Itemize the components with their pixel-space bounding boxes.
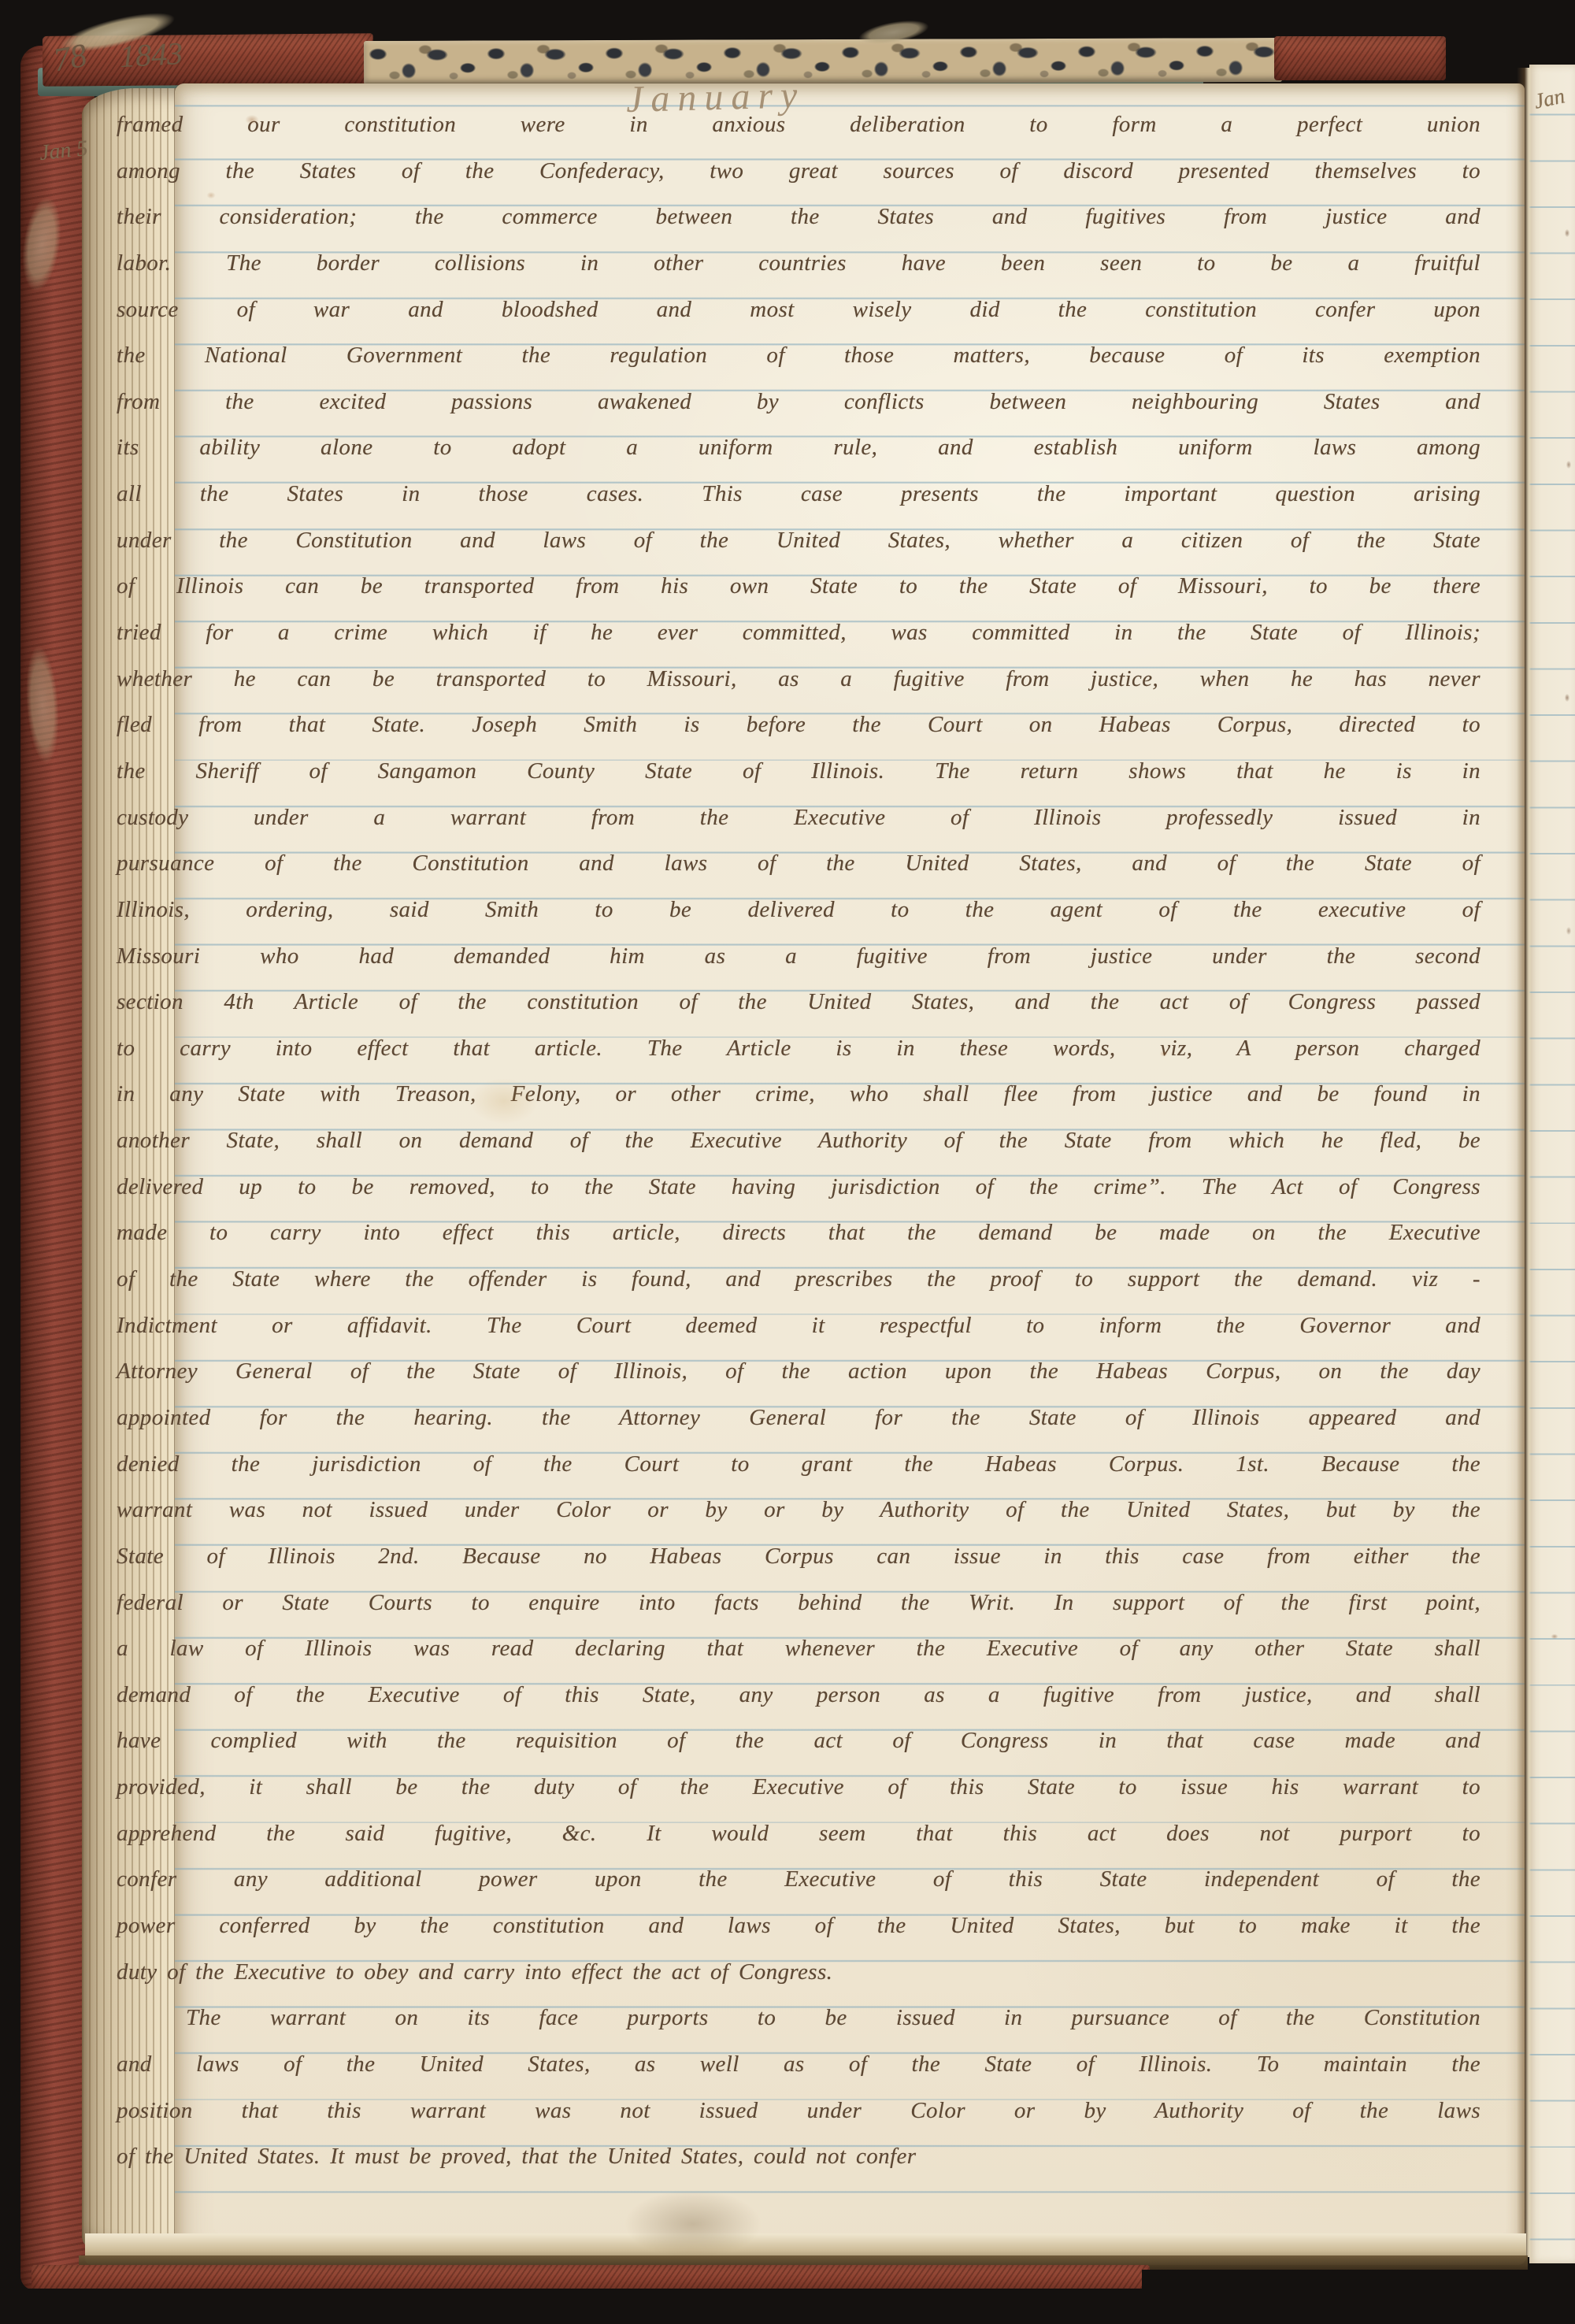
manuscript-line: under the Constitution and laws of the U… xyxy=(117,528,1480,575)
manuscript-line: Indictment or affidavit. The Court deeme… xyxy=(117,1314,1480,1360)
manuscript-line: labor. The border collisions in other co… xyxy=(117,251,1480,298)
manuscript-line: of the State where the offender is found… xyxy=(117,1267,1480,1314)
manuscript-line: tried for a crime which if he ever commi… xyxy=(117,621,1480,667)
manuscript-line: appointed for the hearing. the Attorney … xyxy=(117,1406,1480,1452)
manuscript-line: power conferred by the constitution and … xyxy=(117,1914,1480,1960)
manuscript-line: denied the jurisdiction of the Court to … xyxy=(117,1452,1480,1499)
marbled-board-edge xyxy=(364,38,1282,85)
background-shadow xyxy=(0,2289,1575,2324)
manuscript-line: State of Illinois 2nd. Because no Habeas… xyxy=(117,1544,1480,1591)
manuscript-line: pursuance of the Constitution and laws o… xyxy=(117,851,1480,898)
facing-page-edge xyxy=(1529,65,1575,2263)
manuscript-line: Missouri who had demanded him as a fugit… xyxy=(117,944,1480,991)
manuscript-line: delivered up to be removed, to the State… xyxy=(117,1175,1480,1221)
manuscript-line: made to carry into effect this article, … xyxy=(117,1221,1480,1267)
manuscript-line: demand of the Executive of this State, a… xyxy=(117,1683,1480,1729)
manuscript-line: to carry into effect that article. The A… xyxy=(117,1036,1480,1083)
manuscript-line: all the States in those cases. This case… xyxy=(117,482,1480,528)
manuscript-text-block: framed our constitution were in anxious … xyxy=(117,113,1480,2191)
manuscript-line: apprehend the said fugitive, &c. It woul… xyxy=(117,1822,1480,1868)
manuscript-line: a law of Illinois was read declaring tha… xyxy=(117,1636,1480,1683)
manuscript-scan: { "book": { "page_number": "78", "year":… xyxy=(0,0,1575,2324)
margin-date-note: Jan 5 xyxy=(38,136,88,166)
manuscript-line: have complied with the requisition of th… xyxy=(117,1729,1480,1775)
manuscript-line: warrant was not issued under Color or by… xyxy=(117,1498,1480,1544)
manuscript-line: The warrant on its face purports to be i… xyxy=(117,2006,1480,2052)
manuscript-line: fled from that State. Joseph Smith is be… xyxy=(117,713,1480,759)
manuscript-line: its ability alone to adopt a uniform rul… xyxy=(117,436,1480,482)
manuscript-line: federal or State Courts to enquire into … xyxy=(117,1591,1480,1637)
page-gutter-fold xyxy=(1517,68,1531,2257)
manuscript-line: Illinois, ordering, said Smith to be del… xyxy=(117,898,1480,944)
manuscript-line: framed our constitution were in anxious … xyxy=(117,113,1480,159)
facing-page-ruled-lines xyxy=(1529,65,1575,2263)
manuscript-line: the Sheriff of Sangamon County State of … xyxy=(117,759,1480,806)
manuscript-line: and laws of the United States, as well a… xyxy=(117,2052,1480,2099)
year-heading: 1843 xyxy=(119,35,183,75)
page-number: 78 xyxy=(50,37,90,80)
manuscript-line: provided, it shall be the duty of the Ex… xyxy=(117,1775,1480,1822)
manuscript-line: from the excited passions awakened by co… xyxy=(117,390,1480,436)
manuscript-line: the National Government the regulation o… xyxy=(117,343,1480,390)
manuscript-line: of the United States. It must be proved,… xyxy=(117,2144,1480,2191)
manuscript-line: Attorney General of the State of Illinoi… xyxy=(117,1359,1480,1406)
manuscript-line: of Illinois can be transported from his … xyxy=(117,574,1480,621)
manuscript-line: their consideration; the commerce betwee… xyxy=(117,205,1480,251)
manuscript-line: whether he can be transported to Missour… xyxy=(117,667,1480,714)
manuscript-line: section 4th Article of the constitution … xyxy=(117,990,1480,1036)
manuscript-line: source of war and bloodshed and most wis… xyxy=(117,298,1480,344)
manuscript-line: custody under a warrant from the Executi… xyxy=(117,806,1480,852)
manuscript-line: in any State with Treason, Felony, or ot… xyxy=(117,1082,1480,1129)
manuscript-line: duty of the Executive to obey and carry … xyxy=(117,1960,1480,2007)
manuscript-line: among the States of the Confederacy, two… xyxy=(117,159,1480,206)
manuscript-line: confer any additional power upon the Exe… xyxy=(117,1867,1480,1914)
manuscript-line: another State, shall on demand of the Ex… xyxy=(117,1129,1480,1175)
leather-cover-top-right-edge xyxy=(1274,36,1446,80)
manuscript-line: position that this warrant was not issue… xyxy=(117,2099,1480,2145)
